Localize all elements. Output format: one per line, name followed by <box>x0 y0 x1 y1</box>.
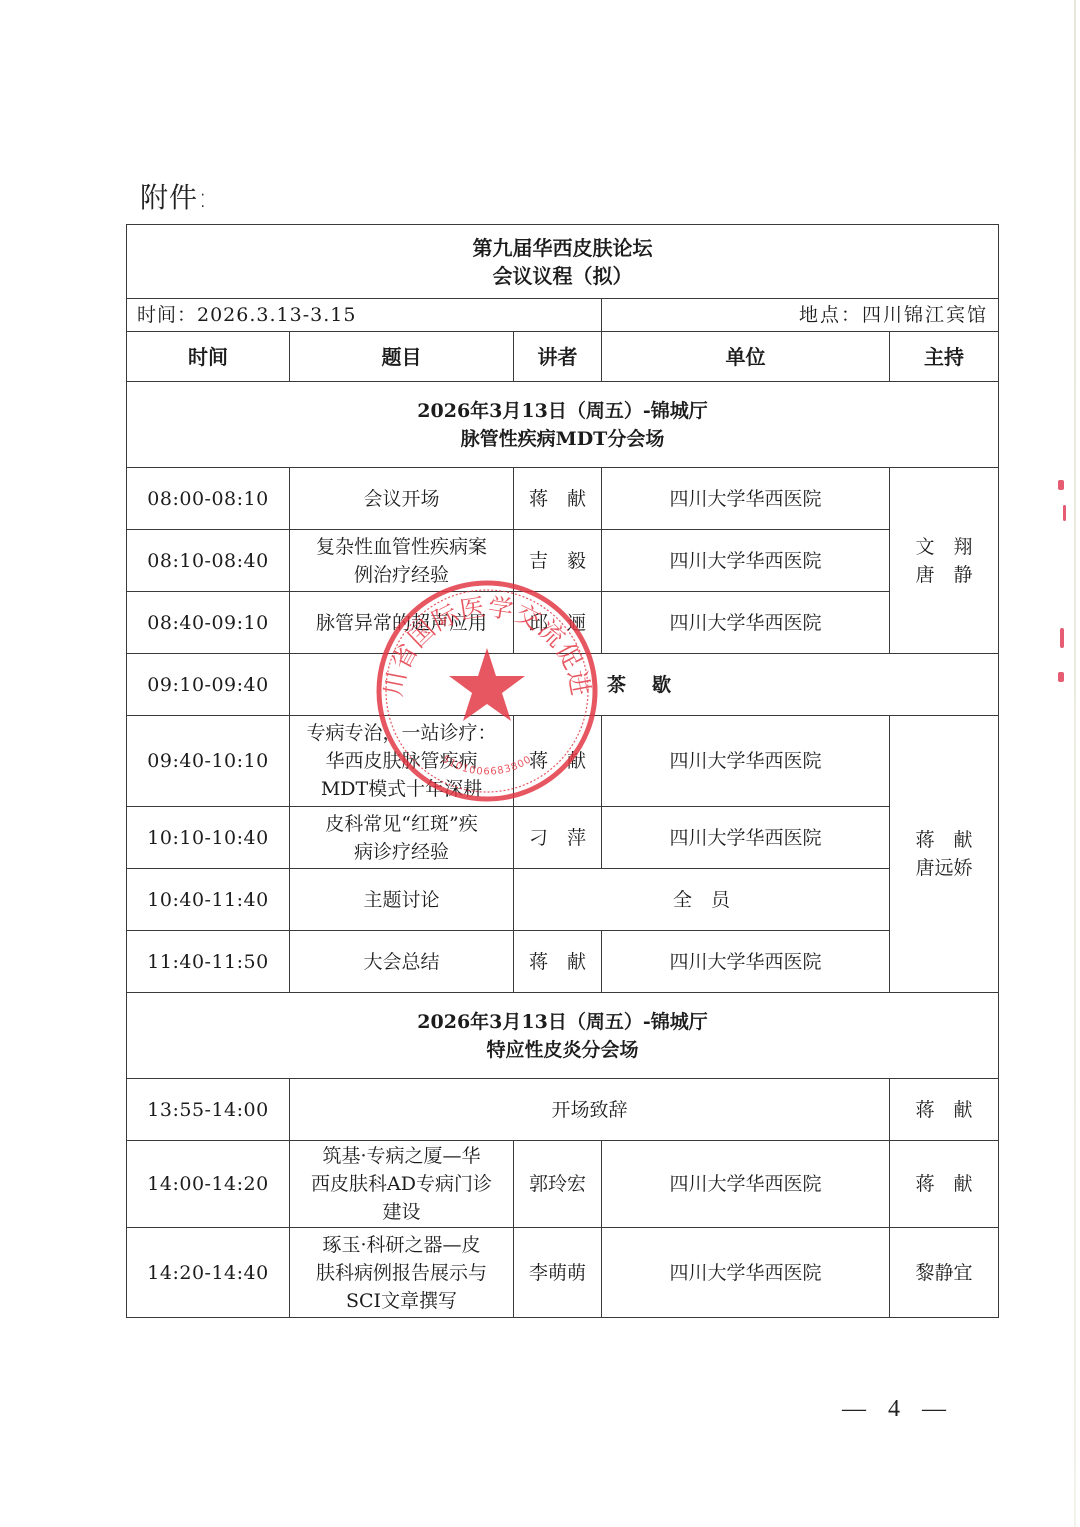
session-unit: 四川大学华西医院 <box>602 592 890 654</box>
host-name: 唐远娇 <box>894 854 994 882</box>
table-row: 13:55-14:00 开场致辞 蒋 献 <box>127 1079 999 1141</box>
table-row: 09:40-10:10 专病专治，一站诊疗： 华西皮肤脉管疾病 MDT模式十年深… <box>127 716 999 807</box>
session-unit: 四川大学华西医院 <box>602 1141 890 1228</box>
table-row: 08:10-08:40 复杂性血管性疾病案 例治疗经验 吉 毅 四川大学华西医院 <box>127 530 999 592</box>
agenda-title: 第九届华西皮肤论坛 会议议程（拟） <box>127 225 999 299</box>
topic-line: 皮科常见“红斑”疾 <box>294 810 509 838</box>
section-header: 2026年3月13日（周五）-锦城厅 特应性皮炎分会场 <box>127 993 999 1079</box>
session-host: 蒋 献 <box>890 1141 999 1228</box>
tea-break: 茶歇 <box>290 654 999 716</box>
session-unit: 四川大学华西医院 <box>602 1228 890 1318</box>
table-row: 14:00-14:20 筑基·专病之厦—华 西皮肤科AD专病门诊 建设 郭玲宏 … <box>127 1141 999 1228</box>
table-row: 10:10-10:40 皮科常见“红斑”疾 病诊疗经验 刁 萍 四川大学华西医院 <box>127 807 999 869</box>
session-time: 09:10-09:40 <box>127 654 290 716</box>
section-header: 2026年3月13日（周五）-锦城厅 脉管性疾病MDT分会场 <box>127 382 999 468</box>
session-topic: 脉管异常的超声应用 <box>290 592 514 654</box>
session-topic: 会议开场 <box>290 468 514 530</box>
session-topic: 皮科常见“红斑”疾 病诊疗经验 <box>290 807 514 869</box>
topic-line: 西皮肤科AD专病门诊 <box>294 1170 509 1198</box>
column-header-speaker: 讲者 <box>514 332 602 382</box>
topic-line: 专病专治，一站诊疗： <box>294 719 509 747</box>
scan-edge-artifact <box>1074 0 1076 1527</box>
seam-stamp-mark <box>1058 672 1064 682</box>
session-time: 08:00-08:10 <box>127 468 290 530</box>
table-row: 11:40-11:50 大会总结 蒋 献 四川大学华西医院 <box>127 931 999 993</box>
topic-line: 肤科病例报告展示与 <box>294 1259 509 1287</box>
session-speaker: 蒋 献 <box>514 468 602 530</box>
session-speaker: 郭玲宏 <box>514 1141 602 1228</box>
session-topic: 开场致辞 <box>290 1079 890 1141</box>
host-name: 文 翔 <box>894 533 994 561</box>
session-host: 文 翔 唐 静 <box>890 468 999 654</box>
column-header-unit: 单位 <box>602 332 890 382</box>
session-topic: 复杂性血管性疾病案 例治疗经验 <box>290 530 514 592</box>
session-topic: 大会总结 <box>290 931 514 993</box>
seam-stamp-mark <box>1058 480 1064 490</box>
section-date-venue: 2026年3月13日（周五）-锦城厅 <box>131 1008 994 1036</box>
session-unit: 四川大学华西医院 <box>602 931 890 993</box>
time-info: 时间：2026.3.13-3.15 <box>127 299 602 332</box>
location-info: 地点：四川锦江宾馆 <box>602 299 999 332</box>
topic-line: MDT模式十年深耕 <box>294 775 509 803</box>
session-host: 蒋 献 唐远娇 <box>890 716 999 993</box>
session-time: 11:40-11:50 <box>127 931 290 993</box>
session-topic: 琢玉·科研之器—皮 肤科病例报告展示与 SCI文章撰写 <box>290 1228 514 1318</box>
agenda-subtitle: 会议议程（拟） <box>131 262 994 290</box>
section-name: 脉管性疾病MDT分会场 <box>131 425 994 453</box>
session-speaker: 蒋 献 <box>514 931 602 993</box>
session-unit: 四川大学华西医院 <box>602 468 890 530</box>
table-row-break: 09:10-09:40 茶歇 <box>127 654 999 716</box>
session-speaker: 蒋 献 <box>514 716 602 807</box>
topic-line: 例治疗经验 <box>294 561 509 589</box>
section-name: 特应性皮炎分会场 <box>131 1036 994 1064</box>
session-unit: 四川大学华西医院 <box>602 716 890 807</box>
seam-stamp-mark <box>1063 505 1066 521</box>
session-time: 14:20-14:40 <box>127 1228 290 1318</box>
column-header-host: 主持 <box>890 332 999 382</box>
session-time: 13:55-14:00 <box>127 1079 290 1141</box>
seam-stamp-mark <box>1060 628 1064 648</box>
session-time: 09:40-10:10 <box>127 716 290 807</box>
topic-line: 病诊疗经验 <box>294 838 509 866</box>
session-topic: 专病专治，一站诊疗： 华西皮肤脉管疾病 MDT模式十年深耕 <box>290 716 514 807</box>
table-row: 10:40-11:40 主题讨论 全 员 <box>127 869 999 931</box>
session-host: 黎静宜 <box>890 1228 999 1318</box>
topic-line: 琢玉·科研之器—皮 <box>294 1231 509 1259</box>
session-unit: 四川大学华西医院 <box>602 807 890 869</box>
session-time: 10:40-11:40 <box>127 869 290 931</box>
section-date-venue: 2026年3月13日（周五）-锦城厅 <box>131 397 994 425</box>
topic-line: 建设 <box>294 1198 509 1226</box>
session-time: 10:10-10:40 <box>127 807 290 869</box>
attachment-label: 附件: <box>140 176 208 216</box>
session-time: 14:00-14:20 <box>127 1141 290 1228</box>
topic-line: 复杂性血管性疾病案 <box>294 533 509 561</box>
session-speaker: 李萌萌 <box>514 1228 602 1318</box>
topic-line: 华西皮肤脉管疾病 <box>294 747 509 775</box>
session-speaker: 吉 毅 <box>514 530 602 592</box>
column-header-row: 时间 题目 讲者 单位 主持 <box>127 332 999 382</box>
session-time: 08:10-08:40 <box>127 530 290 592</box>
session-speaker-all: 全 员 <box>514 869 890 931</box>
session-topic: 筑基·专病之厦—华 西皮肤科AD专病门诊 建设 <box>290 1141 514 1228</box>
table-row: 08:00-08:10 会议开场 蒋 献 四川大学华西医院 文 翔 唐 静 <box>127 468 999 530</box>
session-host: 蒋 献 <box>890 1079 999 1141</box>
forum-title: 第九届华西皮肤论坛 <box>131 234 994 262</box>
session-speaker: 刁 萍 <box>514 807 602 869</box>
host-name: 蒋 献 <box>894 826 994 854</box>
session-time: 08:40-09:10 <box>127 592 290 654</box>
session-topic: 主题讨论 <box>290 869 514 931</box>
session-unit: 四川大学华西医院 <box>602 530 890 592</box>
host-name: 唐 静 <box>894 561 994 589</box>
topic-line: SCI文章撰写 <box>294 1287 509 1315</box>
table-row: 14:20-14:40 琢玉·科研之器—皮 肤科病例报告展示与 SCI文章撰写 … <box>127 1228 999 1318</box>
session-speaker: 邱 逦 <box>514 592 602 654</box>
agenda-table: 第九届华西皮肤论坛 会议议程（拟） 时间：2026.3.13-3.15 地点：四… <box>126 224 999 1318</box>
topic-line: 筑基·专病之厦—华 <box>294 1142 509 1170</box>
column-header-topic: 题目 <box>290 332 514 382</box>
table-row: 08:40-09:10 脉管异常的超声应用 邱 逦 四川大学华西医院 <box>127 592 999 654</box>
column-header-time: 时间 <box>127 332 290 382</box>
page-number: — 4 — <box>842 1396 954 1423</box>
